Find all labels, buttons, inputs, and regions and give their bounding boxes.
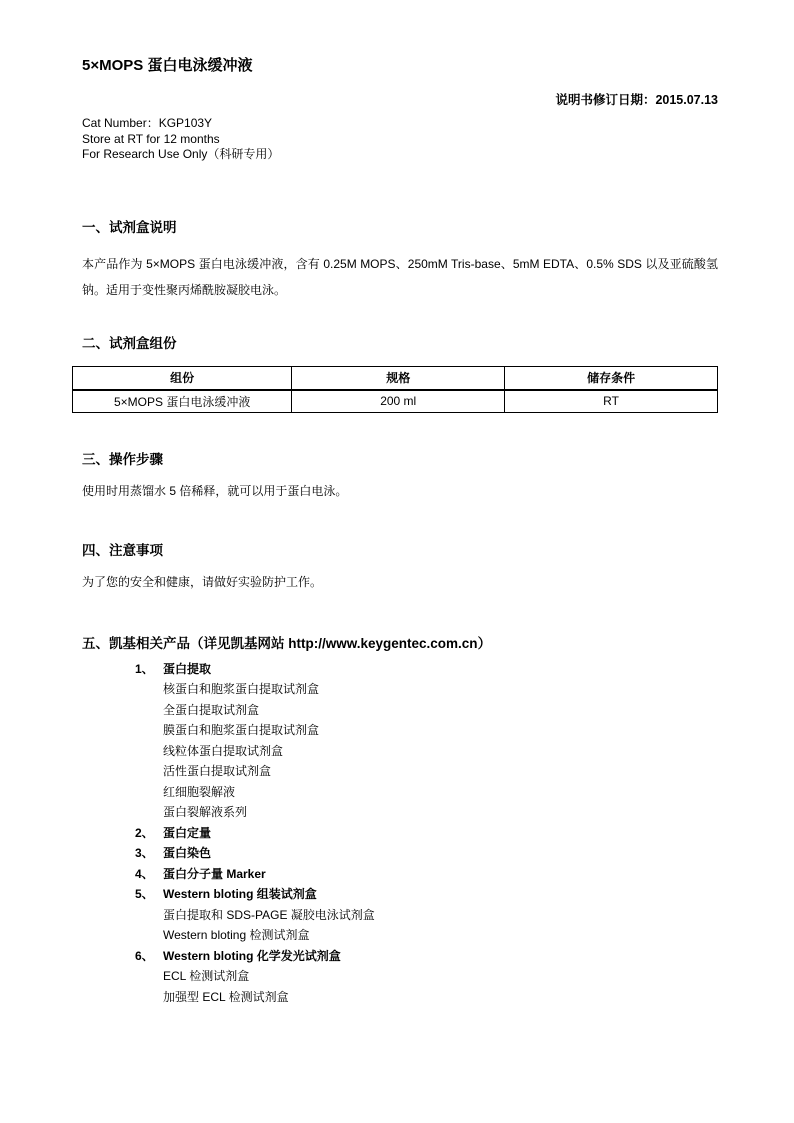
kit-description-heading: 一、试剂盒说明: [82, 219, 718, 237]
group-number: 5、: [135, 884, 163, 905]
section-notes: 四、注意事项 为了您的安全和健康，请做好实验防护工作。: [82, 542, 718, 591]
storage-note: Store at RT for 12 months: [82, 132, 718, 148]
keygen-website-url: http://www.keygentec.com.cn: [288, 636, 477, 651]
notes-body: 为了您的安全和健康，请做好实验防护工作。: [82, 573, 718, 591]
product-item: ECL 检测试剂盒: [82, 966, 718, 987]
product-item: 红细胞裂解液: [82, 782, 718, 803]
related-products-heading-suffix: ）: [478, 636, 492, 651]
product-item: 膜蛋白和胞浆蛋白提取试剂盒: [82, 720, 718, 741]
kit-components-heading: 二、试剂盒组份: [82, 335, 718, 353]
group-title: 蛋白提取: [163, 659, 211, 680]
procedure-heading: 三、操作步骤: [82, 451, 718, 469]
product-group-line: 5、 Western bloting 组装试剂盒: [82, 884, 718, 905]
product-item: 蛋白提取和 SDS-PAGE 凝胶电泳试剂盒: [82, 905, 718, 926]
related-products-heading-prefix: 五、凯基相关产品（详见凯基网站: [82, 636, 288, 651]
product-item: 核蛋白和胞浆蛋白提取试剂盒: [82, 679, 718, 700]
group-title: 蛋白分子量 Marker: [163, 864, 266, 885]
product-group-line: 3、 蛋白染色: [82, 843, 718, 864]
table-header-row: 组份 规格 储存条件: [73, 366, 718, 390]
section-related-products: 五、凯基相关产品（详见凯基网站 http://www.keygentec.com…: [82, 635, 718, 1008]
group-title: 蛋白定量: [163, 823, 211, 844]
cat-number: Cat Number：KGP103Y: [82, 116, 718, 132]
table-header-storage: 储存条件: [505, 366, 718, 390]
group-number: 4、: [135, 864, 163, 885]
document-page: 5×MOPS 蛋白电泳缓冲液 说明书修订日期：2015.07.13 Cat Nu…: [0, 0, 794, 1123]
table-cell-storage: RT: [505, 390, 718, 412]
product-group-line: 1、 蛋白提取: [82, 659, 718, 680]
group-title: Western bloting 化学发光试剂盒: [163, 946, 341, 967]
product-item: 线粒体蛋白提取试剂盒: [82, 741, 718, 762]
section-kit-components: 二、试剂盒组份 组份 规格 储存条件 5×MOPS 蛋白电泳缓冲液 200 ml…: [82, 335, 718, 413]
product-group-line: 2、 蛋白定量: [82, 823, 718, 844]
group-title: 蛋白染色: [163, 843, 211, 864]
product-group-line: 6、 Western bloting 化学发光试剂盒: [82, 946, 718, 967]
notes-heading: 四、注意事项: [82, 542, 718, 560]
section-kit-description: 一、试剂盒说明 本产品作为 5×MOPS 蛋白电泳缓冲液，含有 0.25M MO…: [82, 219, 718, 303]
table-header-component: 组份: [73, 366, 292, 390]
kit-description-body: 本产品作为 5×MOPS 蛋白电泳缓冲液，含有 0.25M MOPS、250mM…: [82, 251, 718, 303]
group-number: 1、: [135, 659, 163, 680]
product-item: Western bloting 检测试剂盒: [82, 925, 718, 946]
table-header-spec: 规格: [292, 366, 505, 390]
research-use-note: For Research Use Only（科研专用）: [82, 147, 718, 163]
product-item: 加强型 ECL 检测试剂盒: [82, 987, 718, 1008]
related-products-heading: 五、凯基相关产品（详见凯基网站 http://www.keygentec.com…: [82, 635, 718, 653]
product-item: 全蛋白提取试剂盒: [82, 700, 718, 721]
table-row: 5×MOPS 蛋白电泳缓冲液 200 ml RT: [73, 390, 718, 412]
table-cell-spec: 200 ml: [292, 390, 505, 412]
section-procedure: 三、操作步骤 使用时用蒸馏水 5 倍稀释，就可以用于蛋白电泳。: [82, 451, 718, 500]
group-number: 2、: [135, 823, 163, 844]
revision-date: 说明书修订日期：2015.07.13: [82, 92, 718, 108]
product-item: 活性蛋白提取试剂盒: [82, 761, 718, 782]
product-group-line: 4、 蛋白分子量 Marker: [82, 864, 718, 885]
procedure-body: 使用时用蒸馏水 5 倍稀释，就可以用于蛋白电泳。: [82, 482, 718, 500]
product-item: 蛋白裂解液系列: [82, 802, 718, 823]
group-title: Western bloting 组装试剂盒: [163, 884, 317, 905]
table-cell-component: 5×MOPS 蛋白电泳缓冲液: [73, 390, 292, 412]
page-title: 5×MOPS 蛋白电泳缓冲液: [82, 56, 718, 76]
group-number: 3、: [135, 843, 163, 864]
group-number: 6、: [135, 946, 163, 967]
components-table: 组份 规格 储存条件 5×MOPS 蛋白电泳缓冲液 200 ml RT: [72, 366, 718, 413]
related-products-list: 1、 蛋白提取 核蛋白和胞浆蛋白提取试剂盒 全蛋白提取试剂盒 膜蛋白和胞浆蛋白提…: [82, 659, 718, 1008]
meta-block: Cat Number：KGP103Y Store at RT for 12 mo…: [82, 116, 718, 163]
